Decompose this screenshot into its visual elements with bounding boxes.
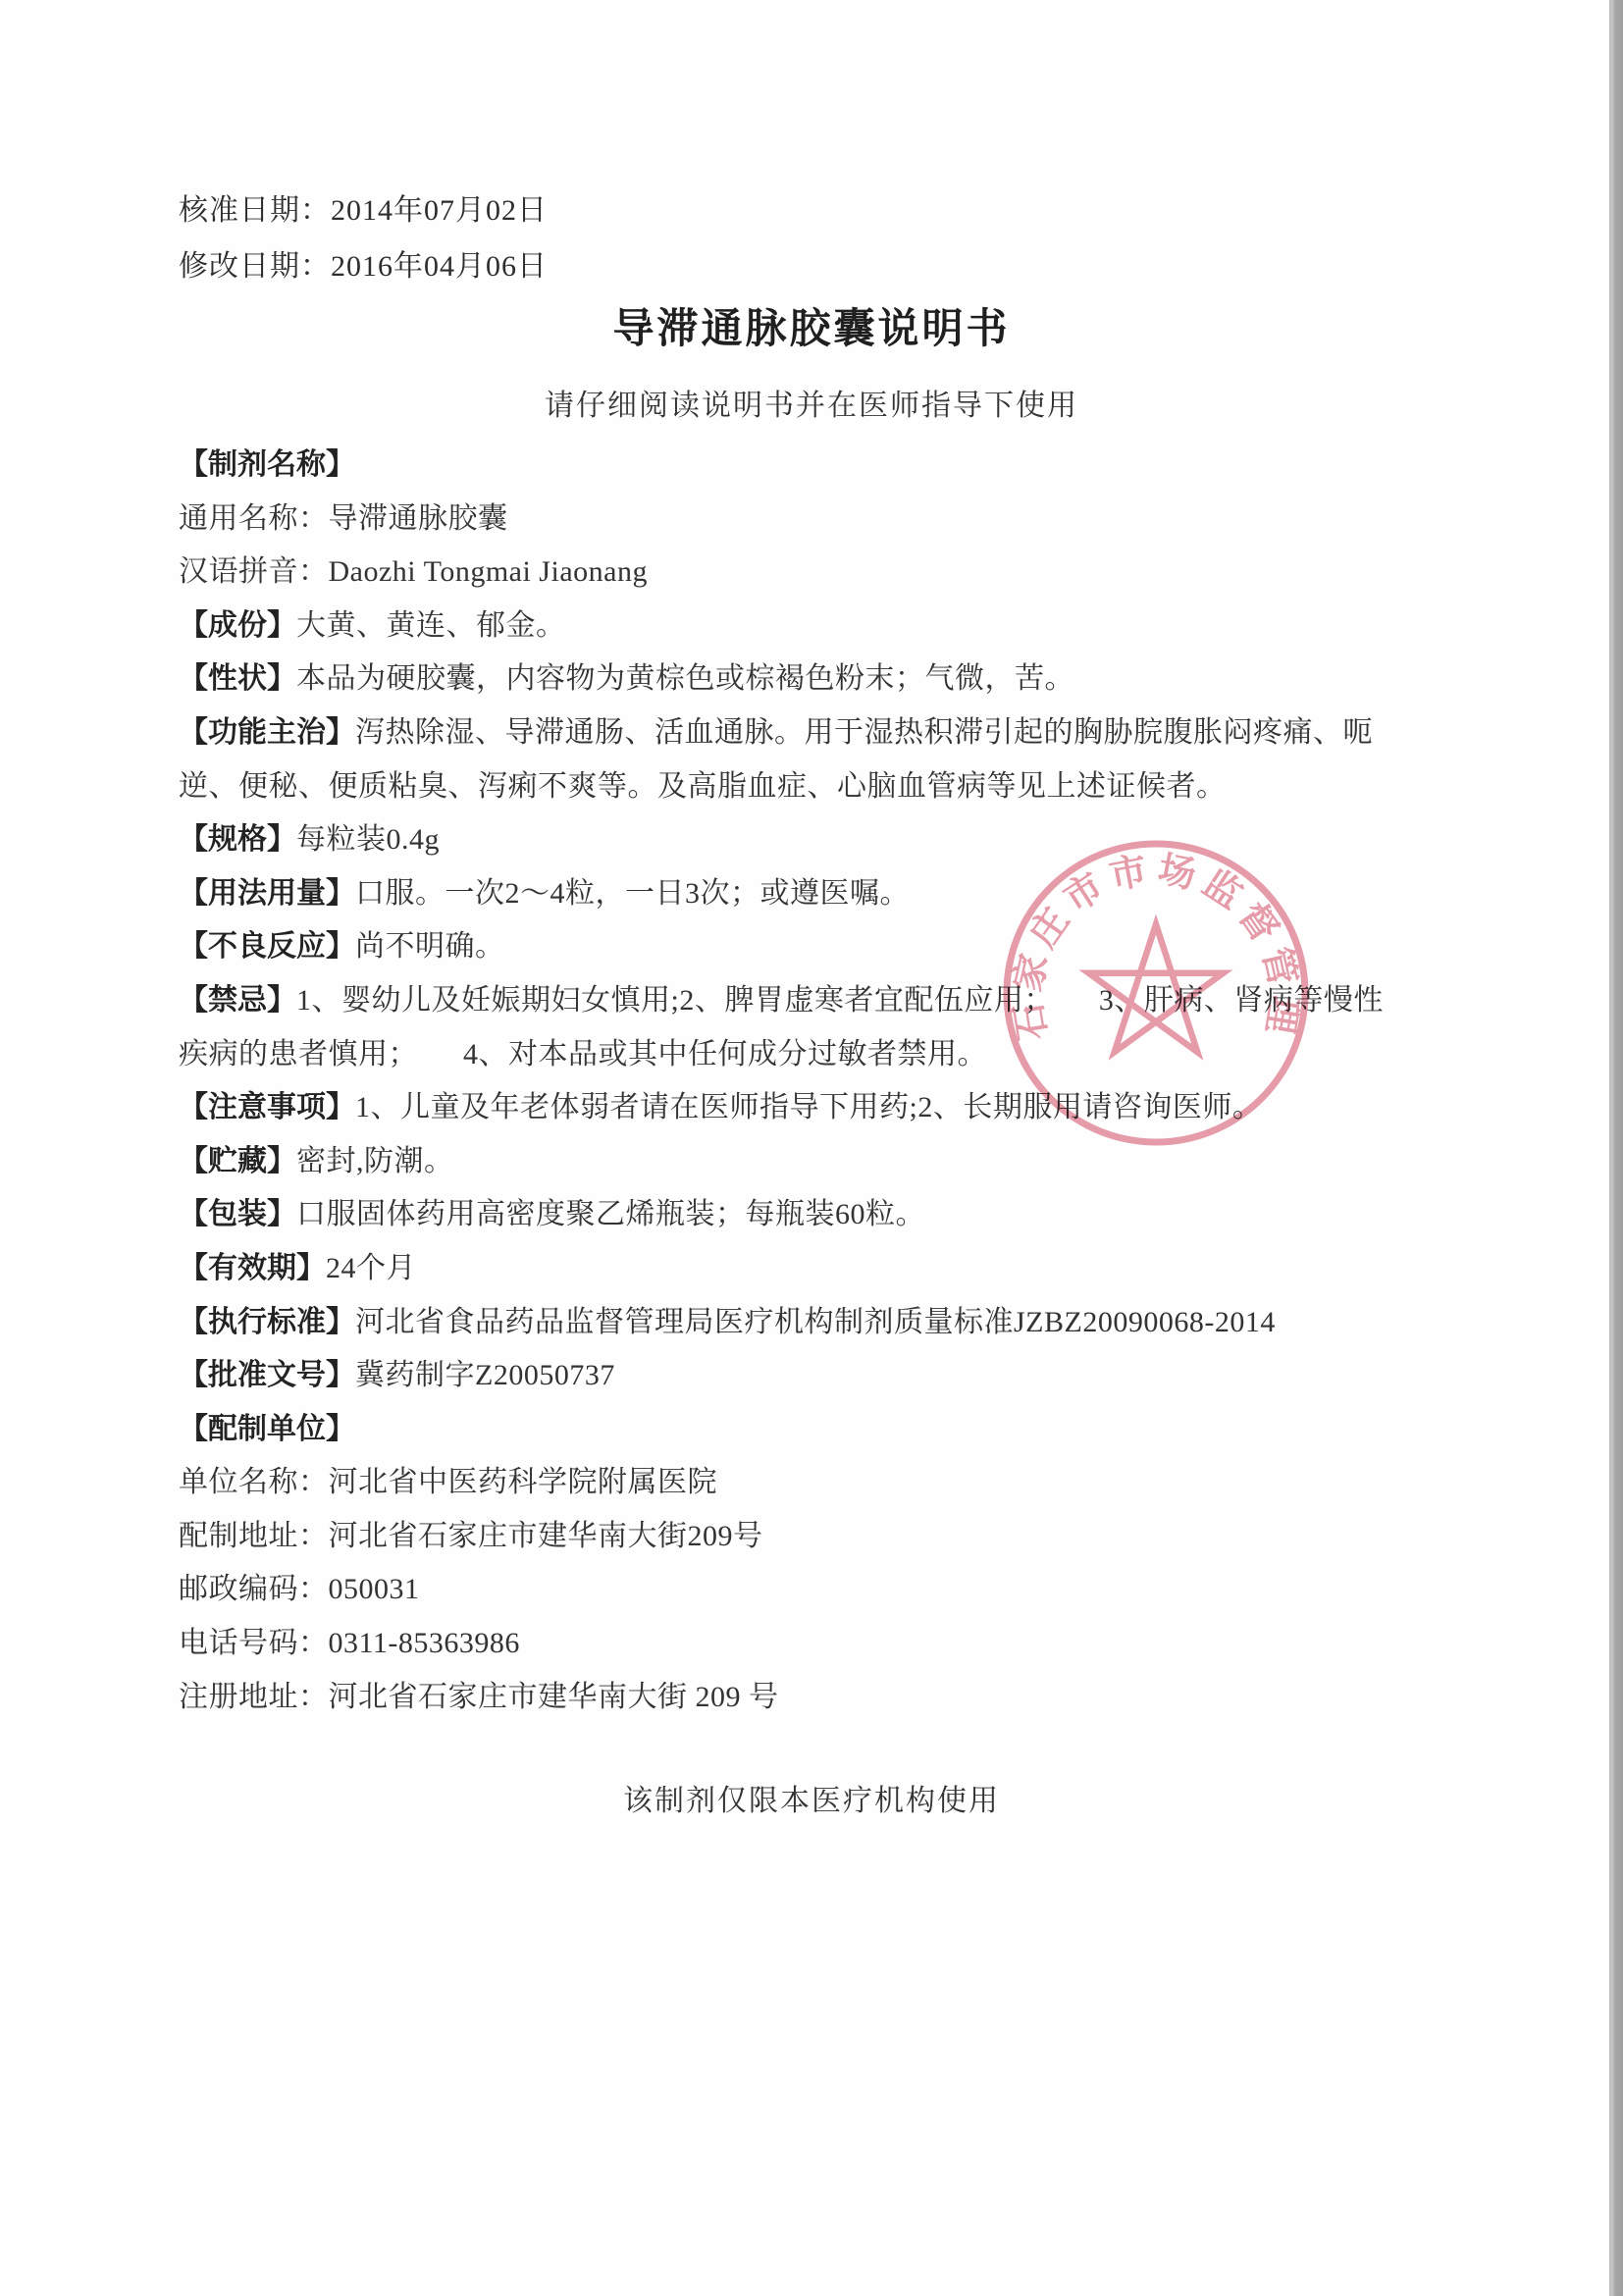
- section-text: 冀药制字Z20050737: [355, 1359, 615, 1391]
- section-text: 邮政编码：050031: [179, 1573, 420, 1605]
- document-line: 逆、便秘、便质粘臭、泻痢不爽等。及高脂血症、心脑血管病等见上述证候者。: [179, 760, 1444, 814]
- document-line: 【功能主治】泻热除湿、导滞通肠、活血通脉。用于湿热积滞引起的胸胁脘腹胀闷疼痛、呃: [179, 706, 1444, 760]
- section-label: 【成份】: [179, 609, 296, 642]
- document-line: 邮政编码：050031: [179, 1563, 1444, 1617]
- section-label: 【注意事项】: [179, 1091, 355, 1123]
- section-label: 【性状】: [179, 662, 296, 695]
- document-line: 【包装】口服固体药用高密度聚乙烯瓶装；每瓶装60粒。: [179, 1188, 1444, 1242]
- document-line: 单位名称：河北省中医药科学院附属医院: [179, 1456, 1444, 1510]
- document-line: 【制剂名称】: [179, 439, 1444, 493]
- section-label: 【执行标准】: [179, 1306, 355, 1338]
- section-label: 【用法用量】: [179, 877, 355, 910]
- section-label: 【功能主治】: [179, 716, 355, 749]
- document-line: 注册地址：河北省石家庄市建华南大街 209 号: [179, 1671, 1444, 1725]
- section-label: 【配制单位】: [179, 1413, 355, 1445]
- section-text: 口服固体药用高密度聚乙烯瓶装；每瓶装60粒。: [296, 1198, 925, 1230]
- document-line: 【批准文号】冀药制字Z20050737: [179, 1349, 1444, 1403]
- section-text: 大黄、黄连、郁金。: [296, 609, 566, 642]
- revision-date-line: 修改日期：2016年04月06日: [179, 238, 548, 294]
- section-text: 通用名称：导滞通脉胶囊: [179, 502, 508, 535]
- document-line: 通用名称：导滞通脉胶囊: [179, 493, 1444, 547]
- document-line: 【执行标准】河北省食品药品监督管理局医疗机构制剂质量标准JZBZ20090068…: [179, 1296, 1444, 1350]
- section-text: 单位名称：河北省中医药科学院附属医院: [179, 1466, 717, 1498]
- section-label: 【禁忌】: [179, 984, 296, 1017]
- star-icon: [1089, 924, 1224, 1052]
- approval-date-line: 核准日期：2014年07月02日: [179, 183, 548, 238]
- section-label: 【批准文号】: [179, 1359, 355, 1391]
- section-text: 本品为硬胶囊，内容物为黄棕色或棕褐色粉末；气微，苦。: [296, 662, 1074, 695]
- section-label: 【包装】: [179, 1198, 296, 1230]
- date-header: 核准日期：2014年07月02日 修改日期：2016年04月06日: [179, 183, 548, 294]
- section-text: 电话号码：0311-85363986: [179, 1627, 520, 1659]
- section-text: 密封,防潮。: [296, 1145, 454, 1177]
- section-text: 泻热除湿、导滞通肠、活血通脉。用于湿热积滞引起的胸胁脘腹胀闷疼痛、呃: [355, 716, 1373, 749]
- section-text: 逆、便秘、便质粘臭、泻痢不爽等。及高脂血症、心脑血管病等见上述证候者。: [179, 770, 1227, 803]
- section-text: 配制地址：河北省石家庄市建华南大街209号: [179, 1520, 763, 1552]
- official-stamp: 石家庄市市场监督管理局: [997, 834, 1315, 1152]
- section-label: 【制剂名称】: [179, 448, 355, 481]
- document-line: 电话号码：0311-85363986: [179, 1617, 1444, 1671]
- section-text: 注册地址：河北省石家庄市建华南大街 209 号: [179, 1681, 779, 1713]
- section-label: 【规格】: [179, 823, 296, 856]
- section-label: 【不良反应】: [179, 930, 355, 963]
- section-text: 口服。一次2～4粒，一日3次；或遵医嘱。: [355, 877, 910, 910]
- section-text: 汉语拼音：Daozhi Tongmai Jiaonang: [179, 555, 648, 588]
- section-text: 每粒装0.4g: [296, 823, 440, 856]
- section-label: 【有效期】: [179, 1252, 326, 1284]
- document-line: 【配制单位】: [179, 1403, 1444, 1457]
- section-label: 【贮藏】: [179, 1145, 296, 1177]
- document-line: 配制地址：河北省石家庄市建华南大街209号: [179, 1510, 1444, 1564]
- document-line: 【性状】本品为硬胶囊，内容物为黄棕色或棕褐色粉末；气微，苦。: [179, 652, 1444, 706]
- section-text: 24个月: [326, 1252, 416, 1284]
- subtitle: 请仔细阅读说明书并在医师指导下使用: [0, 389, 1623, 424]
- document-line: 【成份】大黄、黄连、郁金。: [179, 600, 1444, 653]
- scanned-leaflet-page: 核准日期：2014年07月02日 修改日期：2016年04月06日 导滞通脉胶囊…: [0, 0, 1623, 2296]
- footer-note: 该制剂仅限本医疗机构使用: [0, 1782, 1623, 1821]
- section-text: 尚不明确。: [355, 930, 505, 963]
- document-line: 汉语拼音：Daozhi Tongmai Jiaonang: [179, 546, 1444, 600]
- section-text: 疾病的患者慎用； 4、对本品或其中任何成分过敏者禁用。: [179, 1038, 987, 1070]
- section-text: 河北省食品药品监督管理局医疗机构制剂质量标准JZBZ20090068-2014: [355, 1306, 1276, 1338]
- document-line: 【有效期】24个月: [179, 1242, 1444, 1296]
- page-title: 导滞通脉胶囊说明书: [0, 306, 1623, 353]
